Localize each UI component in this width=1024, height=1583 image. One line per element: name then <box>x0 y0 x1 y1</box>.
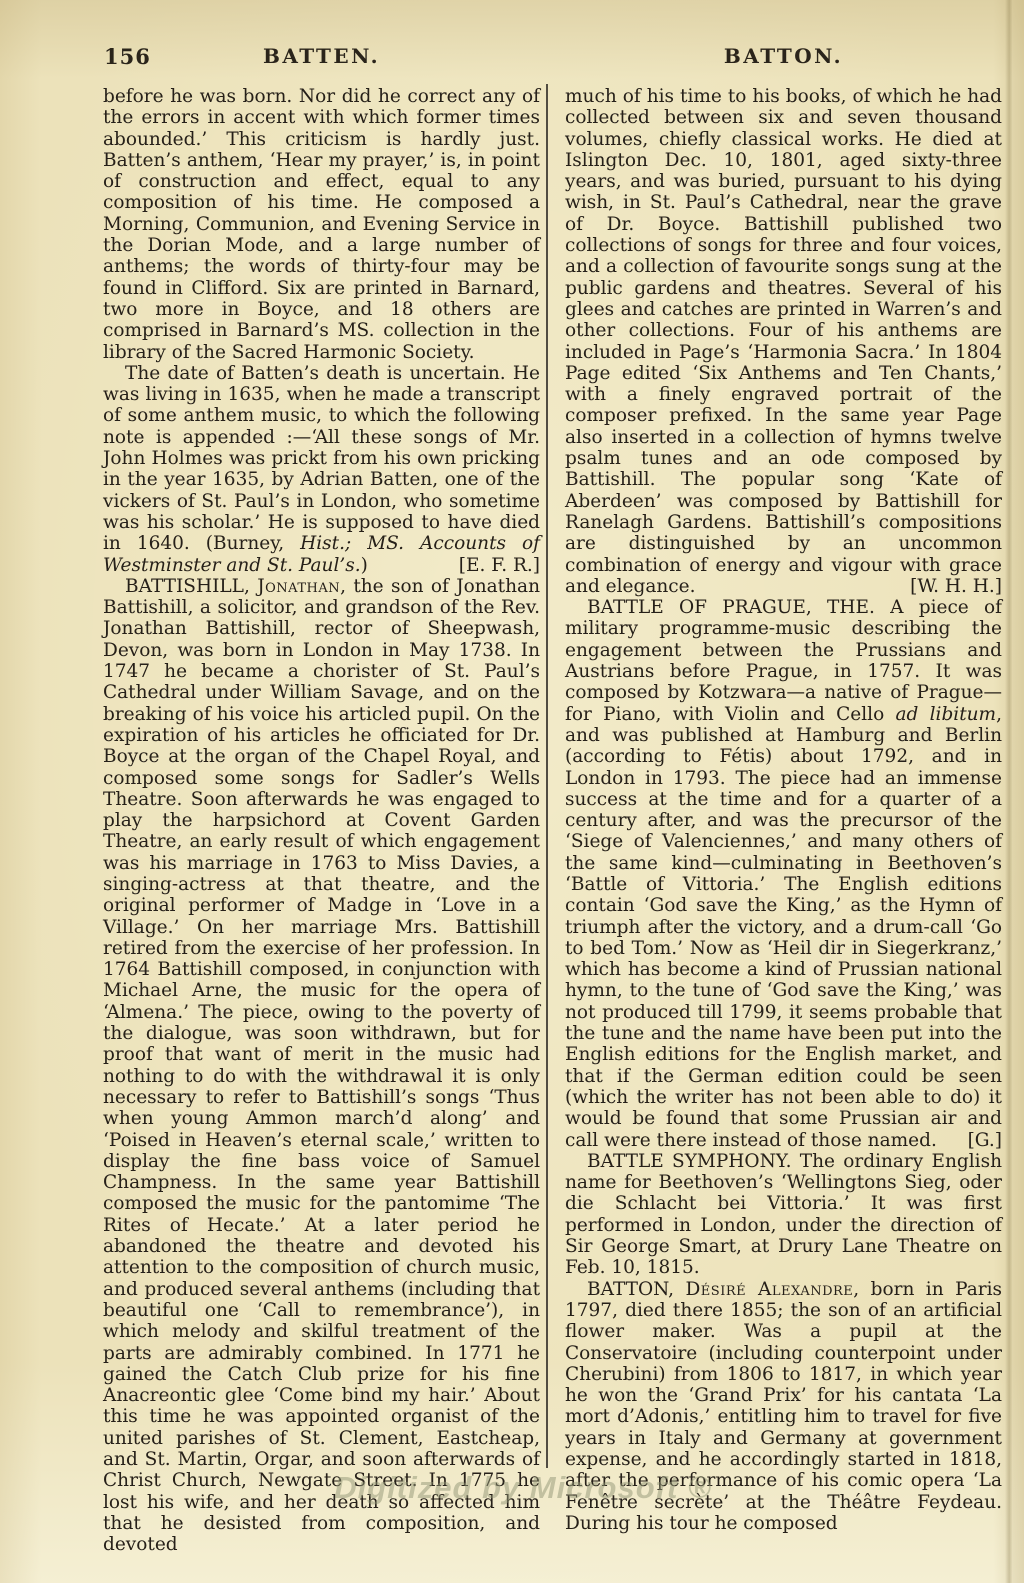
author-attribution: [W. H. H.] <box>910 576 1002 597</box>
left-text-column: before he was born. Nor did he correct a… <box>103 86 540 1555</box>
author-attribution: [E. F. R.] <box>437 555 540 576</box>
paragraph: BATTLE SYMPHONY. The ordinary English na… <box>565 1151 1002 1279</box>
text-run: BATTON, <box>587 1279 685 1300</box>
book-page: 156 BATTEN. BATTON. before he was born. … <box>0 0 1024 1583</box>
text-run: BATTISHILL, <box>125 576 257 597</box>
paragraph: The date of Batten’s death is uncertain.… <box>103 363 540 576</box>
paragraph: much of his time to his books, of which … <box>565 86 1002 597</box>
text-run: , the son of Jonathan Battishill, a soli… <box>103 576 540 1555</box>
paragraph: BATTLE OF PRAGUE, THE. A piece of milita… <box>565 597 1002 1151</box>
text-run: BATTLE SYMPHONY. The ordinary English na… <box>565 1151 1002 1278</box>
right-text-column: much of his time to his books, of which … <box>565 86 1002 1534</box>
text-run: much of his time to his books, of which … <box>565 86 1002 597</box>
scan-page-edge <box>1005 0 1012 1583</box>
author-attribution: [G.] <box>946 1130 1002 1151</box>
paragraph: before he was born. Nor did he correct a… <box>103 86 540 363</box>
text-run: Désiré Alexandre <box>685 1279 853 1300</box>
text-run: Jonathan <box>257 576 340 597</box>
text-run: ) <box>361 555 368 576</box>
running-head-left: BATTEN. <box>103 44 540 68</box>
text-run: before he was born. Nor did he correct a… <box>103 86 540 363</box>
paragraph: BATTISHILL, Jonathan, the son of Jonatha… <box>103 576 540 1556</box>
text-run: ad libitum <box>895 704 996 725</box>
running-head-right: BATTON. <box>565 44 1002 68</box>
digitized-watermark: Digitized by Microsoft ® <box>0 1470 1024 1506</box>
text-run: The date of Batten’s death is uncertain.… <box>103 363 540 554</box>
text-run: , and was published at Hamburg and Berli… <box>565 704 1002 1151</box>
column-divider-rule <box>546 84 548 1468</box>
